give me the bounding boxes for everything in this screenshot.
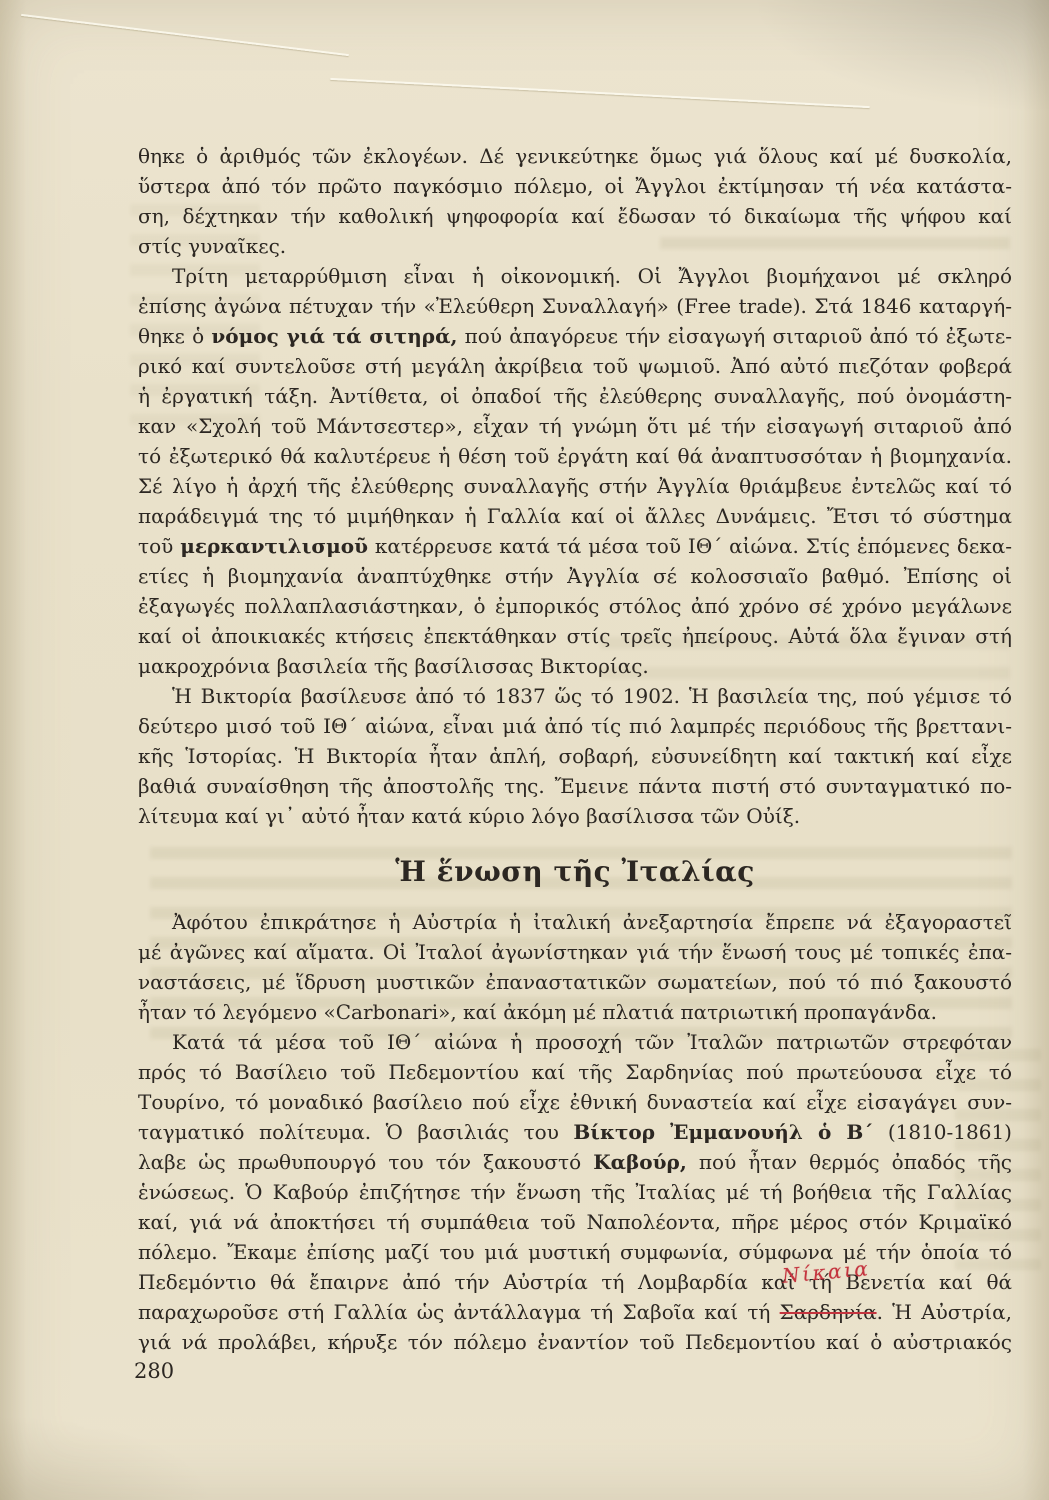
text-line: Πεδεμόντιο θά ἔπαιρνε ἀπό τήν Αὐστρία τή… xyxy=(138,1267,1012,1297)
text-segment: ἑνώσεως. Ὁ Καβούρ ἐπιζήτησε τήν ἕνωση τῆ… xyxy=(138,1180,1012,1204)
text-line: ἦταν τό λεγόμενο «Carbonari», καί ἀκόμη … xyxy=(138,997,1012,1027)
text-segment: θηκε ὁ xyxy=(138,324,211,348)
bold-term: μερκαντιλισμοῦ xyxy=(180,534,368,558)
text-segment: πρός τό Βασίλειο τοῦ Πεδεμοντίου καί τῆς… xyxy=(138,1060,1012,1084)
text-line: θηκε ὁ ἀριθμός τῶν ἐκλογέων. Δέ γενικεύτ… xyxy=(138,141,1012,171)
paragraph: Ἀφότου ἐπικράτησε ἡ Αὐστρία ἡ ἰταλική ἀν… xyxy=(138,907,1012,1027)
text-segment: . Ἡ Αὐστρία, xyxy=(877,1300,1012,1324)
paragraph: Κατά τά μέσα τοῦ ΙΘ´ αἰώνα ἡ προσοχή τῶν… xyxy=(138,1027,1012,1357)
text-segment: μακροχρόνια βασιλεία τῆς βασίλισσας Βικτ… xyxy=(138,654,649,678)
text-line: ἑνώσεως. Ὁ Καβούρ ἐπιζήτησε τήν ἕνωση τῆ… xyxy=(138,1177,1012,1207)
text-line: Ἡ Βικτορία βασίλευσε ἀπό τό 1837 ὥς τό 1… xyxy=(138,681,1012,711)
text-segment: ὕστερα ἀπό τόν πρῶτο παγκόσμιο πόλεμο, ο… xyxy=(138,174,1012,198)
text-line: κῆς Ἱστορίας. Ἡ Βικτορία ἦταν ἁπλή, σοβα… xyxy=(138,741,1012,771)
section-heading: Ἡ ἕνωση τῆς Ἰταλίας xyxy=(138,851,1012,893)
text-segment: δεύτερο μισό τοῦ ΙΘ´ αἰώνα, εἶναι μιά ἀπ… xyxy=(138,714,1012,738)
text-line: πρός τό Βασίλειο τοῦ Πεδεμοντίου καί τῆς… xyxy=(138,1057,1012,1087)
text-line: πόλεμο. Ἔκαμε ἐπίσης μαζί του μιά μυστικ… xyxy=(138,1237,1012,1267)
text-line: θηκε ὁ νόμος γιά τά σιτηρά, πού ἀπαγόρευ… xyxy=(138,321,1012,351)
text-segment: θηκε ὁ ἀριθμός τῶν ἐκλογέων. Δέ γενικεύτ… xyxy=(138,144,1012,168)
text-segment: μέ ἀγῶνες καί αἵματα. Οἱ Ἰταλοί ἀγωνίστη… xyxy=(138,940,1012,964)
text-segment: λίτευμα καί γι᾽ αὐτό ἦταν κατά κύριο λόγ… xyxy=(138,804,800,828)
text-segment: τοῦ xyxy=(138,534,180,558)
text-line: μέ ἀγῶνες καί αἵματα. Οἱ Ἰταλοί ἀγωνίστη… xyxy=(138,937,1012,967)
text-segment: Ἡ Βικτορία βασίλευσε ἀπό τό 1837 ὥς τό 1… xyxy=(172,684,1012,708)
text-segment: Τρίτη μεταρρύθμιση εἶναι ἡ οἰκονομική. Ο… xyxy=(172,264,1012,288)
text-segment: ἐπίσης ἀγώνα πέτυχαν τήν «Ἐλεύθερη Συναλ… xyxy=(138,294,1012,318)
text-line: ἡ ἐργατική τάξη. Ἀντίθετα, οἱ ὀπαδοί τῆς… xyxy=(138,381,1012,411)
book-page: θηκε ὁ ἀριθμός τῶν ἐκλογέων. Δέ γενικεύτ… xyxy=(0,0,1049,1500)
text-line: Τρίτη μεταρρύθμιση εἶναι ἡ οἰκονομική. Ο… xyxy=(138,261,1012,291)
text-line: Σέ λίγο ἡ ἀρχή τῆς ἐλεύθερης συναλλαγῆς … xyxy=(138,471,1012,501)
text-line: καί, γιά νά ἀποκτήσει τή συμπάθεια τοῦ Ν… xyxy=(138,1207,1012,1237)
text-segment: ἐξαγωγές πολλαπλασιάστηκαν, ὁ ἐμπορικός … xyxy=(138,594,1012,618)
text-line: παραχωροῦσε στή Γαλλία ὡς ἀντάλλαγμα τή … xyxy=(138,1297,1012,1327)
text-line: γιά νά προλάβει, κήρυξε τόν πόλεμο ἐναντ… xyxy=(138,1327,1012,1357)
text-line: στίς γυναῖκες. xyxy=(138,231,1012,261)
text-line: ση, δέχτηκαν τήν καθολική ψηφοφορία καί … xyxy=(138,201,1012,231)
text-line: ετίες ἡ βιομηχανία ἀναπτύχθηκε στήν Ἀγγλ… xyxy=(138,561,1012,591)
text-line: καν «Σχολή τοῦ Μάντσεστερ», εἶχαν τή γνώ… xyxy=(138,411,1012,441)
text-segment: παράδειγμά της τό μιμήθηκαν ἡ Γαλλία καί… xyxy=(138,504,1012,528)
text-segment: καί, γιά νά ἀποκτήσει τή συμπάθεια τοῦ Ν… xyxy=(138,1210,1012,1234)
text-segment: Πεδεμόντιο θά ἔπαιρνε ἀπό τήν Αὐστρία τή… xyxy=(138,1270,1012,1294)
paragraph: Τρίτη μεταρρύθμιση εἶναι ἡ οἰκονομική. Ο… xyxy=(138,261,1012,681)
text-segment: λαβε ὡς πρωθυπουργό του τόν ξακουστό xyxy=(138,1150,593,1174)
text-segment: ναστάσεις, μέ ἵδρυση μυστικῶν ἐπαναστατι… xyxy=(138,970,1012,994)
text-segment: ετίες ἡ βιομηχανία ἀναπτύχθηκε στήν Ἀγγλ… xyxy=(138,564,1012,588)
text-segment: πού ἦταν θερμός ὀπαδός τῆς xyxy=(687,1150,1012,1174)
text-line: ταγματικό πολίτευμα. Ὁ βασιλιάς του Βίκτ… xyxy=(138,1117,1012,1147)
bold-term: Βίκτορ Ἐμμανουήλ ὁ Β´ xyxy=(573,1120,873,1144)
bold-term: Καβούρ, xyxy=(593,1150,687,1174)
text-line: τό ἐξωτερικό θά καλυτέρευε ἡ θέση τοῦ ἐρ… xyxy=(138,441,1012,471)
text-line: λίτευμα καί γι᾽ αὐτό ἦταν κατά κύριο λόγ… xyxy=(138,801,1012,831)
text-line: δεύτερο μισό τοῦ ΙΘ´ αἰώνα, εἶναι μιά ἀπ… xyxy=(138,711,1012,741)
text-line: Κατά τά μέσα τοῦ ΙΘ´ αἰώνα ἡ προσοχή τῶν… xyxy=(138,1027,1012,1057)
text-line: ρικό καί συντελοῦσε στή μεγάλη ἀκρίβεια … xyxy=(138,351,1012,381)
text-line: λαβε ὡς πρωθυπουργό του τόν ξακουστό Καβ… xyxy=(138,1147,1012,1177)
text-segment: Κατά τά μέσα τοῦ ΙΘ´ αἰώνα ἡ προσοχή τῶν… xyxy=(172,1030,1012,1054)
text-segment: κατέρρευσε κατά τά μέσα τοῦ ΙΘ´ αἰώνα. Σ… xyxy=(368,534,1012,558)
text-segment: Σέ λίγο ἡ ἀρχή τῆς ἐλεύθερης συναλλαγῆς … xyxy=(138,474,1012,498)
text-segment: παραχωροῦσε στή Γαλλία ὡς ἀντάλλαγμα τή … xyxy=(138,1300,780,1324)
text-segment: ση, δέχτηκαν τήν καθολική ψηφοφορία καί … xyxy=(138,204,1012,228)
text-segment: Τουρίνο, τό μοναδικό βασίλειο πού εἶχε ἐ… xyxy=(138,1090,1012,1114)
text-line: Τουρίνο, τό μοναδικό βασίλειο πού εἶχε ἐ… xyxy=(138,1087,1012,1117)
text-segment: ἦταν τό λεγόμενο «Carbonari», καί ἀκόμη … xyxy=(138,1000,937,1024)
text-segment: ρικό καί συντελοῦσε στή μεγάλη ἀκρίβεια … xyxy=(138,354,1012,378)
struck-word: Σαρδηνία xyxy=(780,1300,877,1324)
text-segment: Ἀφότου ἐπικράτησε ἡ Αὐστρία ἡ ἰταλική ἀν… xyxy=(172,910,1012,934)
paragraph: θηκε ὁ ἀριθμός τῶν ἐκλογέων. Δέ γενικεύτ… xyxy=(138,141,1012,261)
text-line: καί οἱ ἀποικιακές κτήσεις ἐπεκτάθηκαν στ… xyxy=(138,621,1012,651)
text-segment: καί οἱ ἀποικιακές κτήσεις ἐπεκτάθηκαν στ… xyxy=(138,624,1012,648)
text-segment: πόλεμο. Ἔκαμε ἐπίσης μαζί του μιά μυστικ… xyxy=(138,1240,1012,1264)
text-segment: γιά νά προλάβει, κήρυξε τόν πόλεμο ἐναντ… xyxy=(138,1330,1012,1354)
text-line: ναστάσεις, μέ ἵδρυση μυστικῶν ἐπαναστατι… xyxy=(138,967,1012,997)
text-line: βαθιά συναίσθηση τῆς ἀποστολῆς της. Ἔμει… xyxy=(138,771,1012,801)
page-number: 280 xyxy=(134,1356,174,1386)
text-segment: τό ἐξωτερικό θά καλυτέρευε ἡ θέση τοῦ ἐρ… xyxy=(138,444,1012,468)
text-segment: ταγματικό πολίτευμα. Ὁ βασιλιάς του xyxy=(138,1120,573,1144)
text-segment: πού ἀπαγόρευε τήν εἰσαγωγή σιταριοῦ ἀπό … xyxy=(457,324,1012,348)
section-before-heading: θηκε ὁ ἀριθμός τῶν ἐκλογέων. Δέ γενικεύτ… xyxy=(138,141,1012,831)
text-segment: κῆς Ἱστορίας. Ἡ Βικτορία ἦταν ἁπλή, σοβα… xyxy=(138,744,1012,768)
text-line: μακροχρόνια βασιλεία τῆς βασίλισσας Βικτ… xyxy=(138,651,1012,681)
paper-crease xyxy=(21,14,349,56)
text-segment: καν «Σχολή τοῦ Μάντσεστερ», εἶχαν τή γνώ… xyxy=(138,414,1012,438)
text-line: ἐξαγωγές πολλαπλασιάστηκαν, ὁ ἐμπορικός … xyxy=(138,591,1012,621)
text-line: παράδειγμά της τό μιμήθηκαν ἡ Γαλλία καί… xyxy=(138,501,1012,531)
text-segment: βαθιά συναίσθηση τῆς ἀποστολῆς της. Ἔμει… xyxy=(138,774,1012,798)
paragraph: Ἡ Βικτορία βασίλευσε ἀπό τό 1837 ὥς τό 1… xyxy=(138,681,1012,831)
text-segment: στίς γυναῖκες. xyxy=(138,234,286,258)
bold-term: νόμος γιά τά σιτηρά, xyxy=(211,324,457,348)
text-line: ὕστερα ἀπό τόν πρῶτο παγκόσμιο πόλεμο, ο… xyxy=(138,171,1012,201)
text-line: Ἀφότου ἐπικράτησε ἡ Αὐστρία ἡ ἰταλική ἀν… xyxy=(138,907,1012,937)
text-line: τοῦ μερκαντιλισμοῦ κατέρρευσε κατά τά μέ… xyxy=(138,531,1012,561)
text-segment: ἡ ἐργατική τάξη. Ἀντίθετα, οἱ ὀπαδοί τῆς… xyxy=(138,384,1012,408)
text-line: ἐπίσης ἀγώνα πέτυχαν τήν «Ἐλεύθερη Συναλ… xyxy=(138,291,1012,321)
text-block: θηκε ὁ ἀριθμός τῶν ἐκλογέων. Δέ γενικεύτ… xyxy=(138,141,1012,1357)
section-after-heading: Ἀφότου ἐπικράτησε ἡ Αὐστρία ἡ ἰταλική ἀν… xyxy=(138,907,1012,1357)
paper-crease xyxy=(330,78,869,108)
